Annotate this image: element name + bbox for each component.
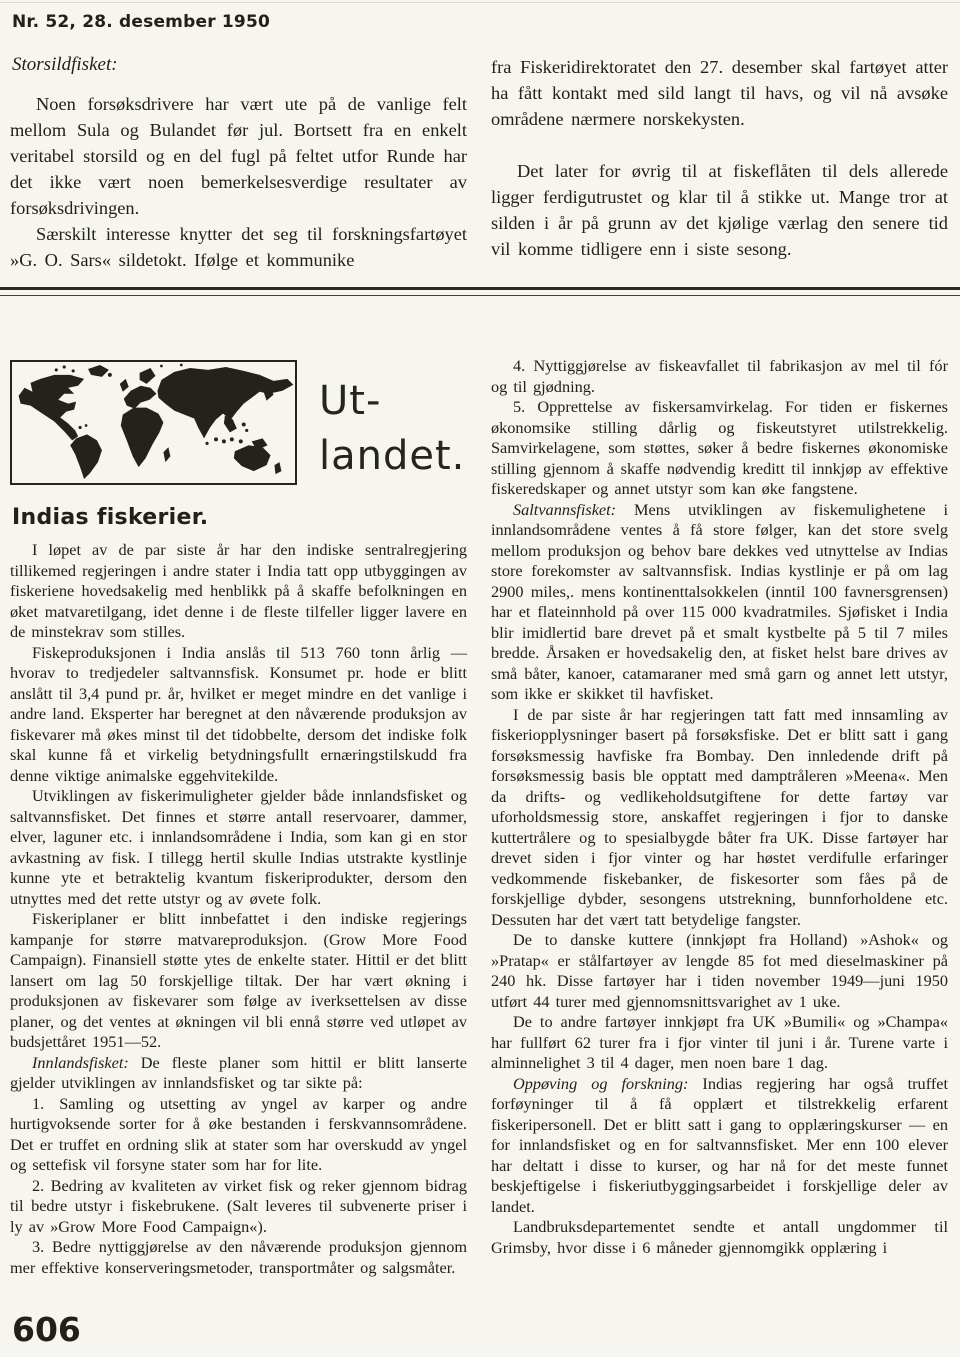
paragraph: I de par siste år har regjeringen tatt f… [491, 705, 948, 931]
figure-caption-line: Ut- [319, 374, 465, 429]
journal-page: Nr. 52, 28. desember 1950 Storsildfisket… [0, 0, 960, 1357]
section-divider [0, 287, 960, 296]
paragraph: Fiskeriplaner er blitt innbefattet i den… [10, 909, 467, 1053]
utlandet-figure: Ut- landet. [10, 360, 467, 485]
top-section: Storsildfisket: Noen forsøksdrivere har … [10, 54, 948, 273]
divider-rule-thick [0, 287, 960, 290]
paragraph-text: 3. Bedre nyttiggjørelse av den nåværende… [10, 1237, 467, 1277]
page-number: 606 [12, 1310, 81, 1349]
bottom-right-column: 4. Nyttiggjørelse av fiskeavfallet til f… [491, 356, 948, 1278]
paragraph-text: Indias regjering har også truffet forføy… [491, 1074, 948, 1216]
world-map-frame [10, 360, 297, 485]
paragraph-text: Særskilt interesse knytter det seg til f… [10, 224, 467, 270]
paragraph: Innlandsfisket: De fleste planer som hit… [10, 1053, 467, 1094]
paragraph-lead: Innlandsfisket: [32, 1053, 129, 1072]
paragraph: De to andre fartøyer innkjøpt fra UK »Bu… [491, 1012, 948, 1074]
paragraph-text: Det later for øvrig til at fiskeflåten t… [491, 161, 948, 259]
bottom-left-column: Ut- landet. Indias fiskerier. I løpet av… [10, 356, 467, 1278]
utlandet-section: Ut- landet. Indias fiskerier. I løpet av… [10, 356, 948, 1278]
paragraph-text: De to andre fartøyer innkjøpt fra UK »Bu… [491, 1012, 948, 1072]
storsildfisket-heading: Storsildfisket: [12, 54, 467, 76]
paragraph: 5. Opprettelse av fiskersamvirkelag. For… [491, 397, 948, 500]
paragraph-text: 4. Nyttiggjørelse av fiskeavfallet til f… [491, 356, 948, 396]
paragraph: I løpet av de par siste år har den indis… [10, 540, 467, 643]
paragraph: 4. Nyttiggjørelse av fiskeavfallet til f… [491, 356, 948, 397]
paragraph: 1. Samling og utsetting av yngel av karp… [10, 1094, 467, 1176]
top-right-column: fra Fiskeridirektoratet den 27. desember… [491, 54, 948, 273]
paragraph-text: 1. Samling og utsetting av yngel av karp… [10, 1094, 467, 1175]
paragraph-text: 2. Bedring av kvaliteten av virket fisk … [10, 1176, 467, 1236]
paragraph-text: Noen forsøksdrivere har vært ute på de v… [10, 94, 467, 218]
page-top-edge [0, 2, 960, 3]
paragraph: Noen forsøksdrivere har vært ute på de v… [10, 91, 467, 221]
paragraph-text: Landbruksdepartementet sendte et antall … [491, 1217, 948, 1257]
world-map-icon [12, 362, 295, 483]
issue-header: Nr. 52, 28. desember 1950 [10, 12, 948, 32]
paragraph-text: Utviklingen av fiskerimuligheter gjelder… [10, 786, 467, 908]
paragraph: De to danske kuttere (innkjøpt fra Holla… [491, 930, 948, 1012]
top-left-column: Storsildfisket: Noen forsøksdrivere har … [10, 54, 467, 273]
paragraph-text: Mens utviklingen av fiskemulighetene i i… [491, 500, 948, 704]
paragraph-text: Fiskeriplaner er blitt innbefattet i den… [10, 909, 467, 1051]
paragraph: Saltvannsfisket: Mens utviklingen av fis… [491, 500, 948, 705]
utlandet-caption: Ut- landet. [319, 360, 465, 484]
paragraph: Oppøving og forskning: Indias regjering … [491, 1074, 948, 1218]
paragraph: 3. Bedre nyttiggjørelse av den nåværende… [10, 1237, 467, 1278]
paragraph-lead: Oppøving og forskning: [513, 1074, 688, 1093]
paragraph: Landbruksdepartementet sendte et antall … [491, 1217, 948, 1258]
paragraph-text: 5. Opprettelse av fiskersamvirkelag. For… [491, 397, 948, 498]
paragraph-text: fra Fiskeridirektoratet den 27. desember… [491, 57, 948, 129]
paragraph: Det later for øvrig til at fiskeflåten t… [491, 158, 948, 262]
paragraph: Særskilt interesse knytter det seg til f… [10, 221, 467, 273]
paragraph-text: De to danske kuttere (innkjøpt fra Holla… [491, 930, 948, 1011]
indias-fiskerier-heading: Indias fiskerier. [12, 505, 467, 530]
figure-caption-line: landet. [319, 429, 465, 484]
paragraph: Fiskeproduksjonen i India anslås til 513… [10, 643, 467, 787]
paragraph: fra Fiskeridirektoratet den 27. desember… [491, 54, 948, 132]
paragraph: Utviklingen av fiskerimuligheter gjelder… [10, 786, 467, 909]
paragraph-text: I de par siste år har regjeringen tatt f… [491, 705, 948, 929]
paragraph-text: I løpet av de par siste år har den indis… [10, 540, 467, 641]
paragraph-text: Fiskeproduksjonen i India anslås til 513… [10, 643, 467, 785]
paragraph: 2. Bedring av kvaliteten av virket fisk … [10, 1176, 467, 1238]
paragraph-lead: Saltvannsfisket: [513, 500, 616, 519]
